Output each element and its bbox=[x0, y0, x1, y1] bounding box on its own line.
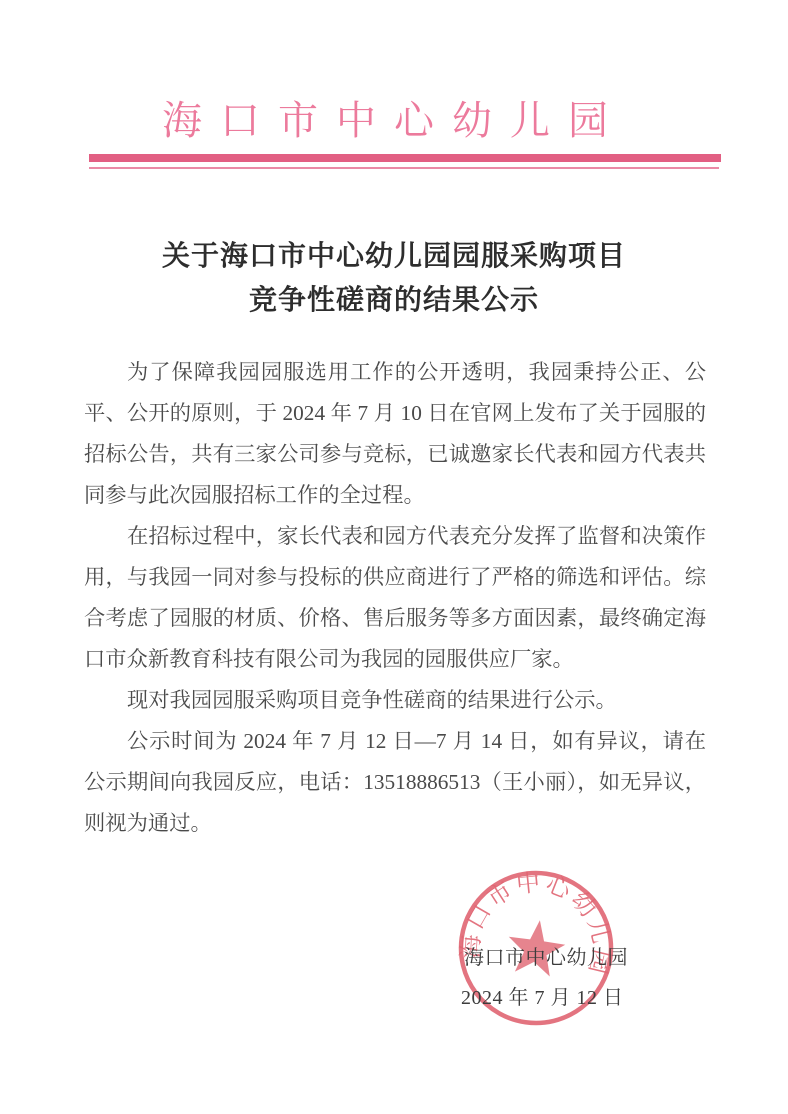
signature-org-name: 海口市中心幼儿园 bbox=[464, 941, 628, 970]
letterhead-rule-thin bbox=[89, 167, 719, 169]
document-title: 关于海口市中心幼儿园园服采购项目 竞争性磋商的结果公示 bbox=[0, 235, 788, 323]
document-page: 海口市中心幼儿园 关于海口市中心幼儿园园服采购项目 竞争性磋商的结果公示 为了保… bbox=[0, 0, 788, 1114]
signature-date: 2024 年 7 月 12 日 bbox=[461, 981, 624, 1010]
document-body: 为了保障我园园服选用工作的公开透明，我园秉持公正、公平、公开的原则，于 2024… bbox=[84, 352, 706, 844]
body-paragraph: 现对我园园服采购项目竞争性磋商的结果进行公示。 bbox=[84, 680, 706, 721]
body-paragraph: 为了保障我园园服选用工作的公开透明，我园秉持公正、公平、公开的原则，于 2024… bbox=[84, 352, 706, 516]
document-title-line1: 关于海口市中心幼儿园园服采购项目 bbox=[0, 235, 788, 279]
body-paragraph: 在招标过程中，家长代表和园方代表充分发挥了监督和决策作用，与我园一同对参与投标的… bbox=[84, 516, 706, 680]
document-title-line2: 竞争性磋商的结果公示 bbox=[0, 279, 788, 323]
letterhead-org-name: 海口市中心幼儿园 bbox=[0, 99, 788, 143]
body-paragraph: 公示时间为 2024 年 7 月 12 日—7 月 14 日，如有异议，请在公示… bbox=[84, 721, 706, 844]
letterhead-rule-thick bbox=[89, 154, 721, 162]
